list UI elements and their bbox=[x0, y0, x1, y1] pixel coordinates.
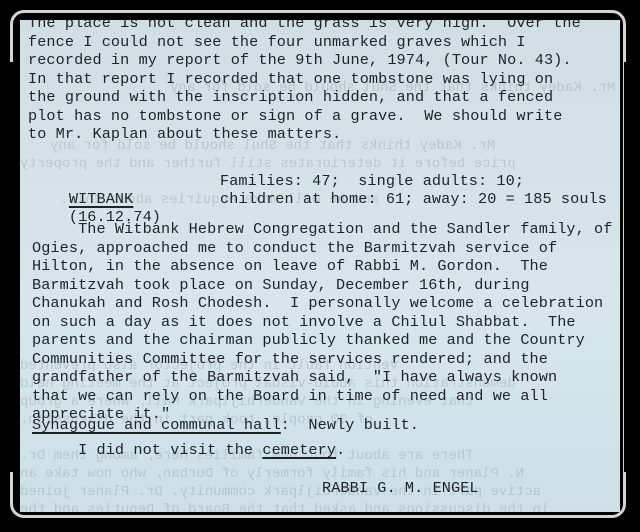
synagogue-line: Synagogue and communal hall: Newly built… bbox=[32, 416, 419, 434]
frame-gap-left bbox=[6, 62, 16, 472]
community-stats: children at home: 61; away: 20 = 185 sou… bbox=[220, 190, 607, 208]
synagogue-colon: : bbox=[281, 416, 290, 434]
paragraph-line: Communities Committee for the services r… bbox=[32, 350, 548, 368]
paragraph-line: that we can rely on the Board in time of… bbox=[32, 387, 548, 405]
signature: RABBI G. M. ENGEL bbox=[322, 479, 479, 497]
cemetery-suffix: . bbox=[336, 441, 345, 459]
paragraph-line: on such a day as it does not involve a C… bbox=[32, 313, 576, 331]
paragraph-line: fence I could not see the four unmarked … bbox=[28, 33, 526, 51]
cemetery-prefix: I did not visit the bbox=[32, 441, 262, 459]
paragraph-line: Chanukah and Rosh Chodesh. I personally … bbox=[32, 294, 603, 312]
paragraph-line: parents and the chairman publicly thanke… bbox=[32, 331, 585, 349]
paragraph-line: plot has no tombstone or sign of a grave… bbox=[28, 107, 562, 125]
bleed-through-text: in the discussions and asked that the Bo… bbox=[20, 502, 549, 512]
bleed-through-text: price before it deteriorates still furth… bbox=[20, 156, 516, 172]
paragraph-line: Hilton, in the absence on leave of Rabbi… bbox=[32, 257, 548, 275]
paragraph-line: In that report I recorded that one tombs… bbox=[28, 70, 553, 88]
synagogue-label: Synagogue and communal hall bbox=[32, 416, 281, 434]
synagogue-value: Newly built. bbox=[290, 416, 419, 434]
paragraph-line: The Witbank Hebrew Congregation and the … bbox=[32, 220, 612, 238]
paragraph-line: the ground with the inscription hidden, … bbox=[28, 88, 553, 106]
place-name: WITBANK bbox=[69, 190, 134, 208]
paragraph-line: The place is not clean and the grass is … bbox=[28, 20, 581, 32]
cemetery-line: I did not visit the cemetery. bbox=[32, 441, 345, 459]
community-stats: Families: 47; single adults: 10; bbox=[220, 172, 524, 190]
paragraph-line: grandfather of the Barmitzvah said, "I h… bbox=[32, 368, 557, 386]
frame-gap-right bbox=[624, 62, 634, 472]
cemetery-word: cemetery bbox=[262, 441, 336, 459]
document-page: Mr. Kadey thinks that the Shul should be… bbox=[20, 20, 620, 512]
paragraph-line: to Mr. Kaplan about these matters. bbox=[28, 125, 341, 143]
paragraph-line: Barmitzvah took place on Sunday, Decembe… bbox=[32, 276, 530, 294]
paragraph-line: Ogies, approached me to conduct the Barm… bbox=[32, 239, 557, 257]
paragraph-line: recorded in my report of the 9th June, 1… bbox=[28, 51, 572, 69]
